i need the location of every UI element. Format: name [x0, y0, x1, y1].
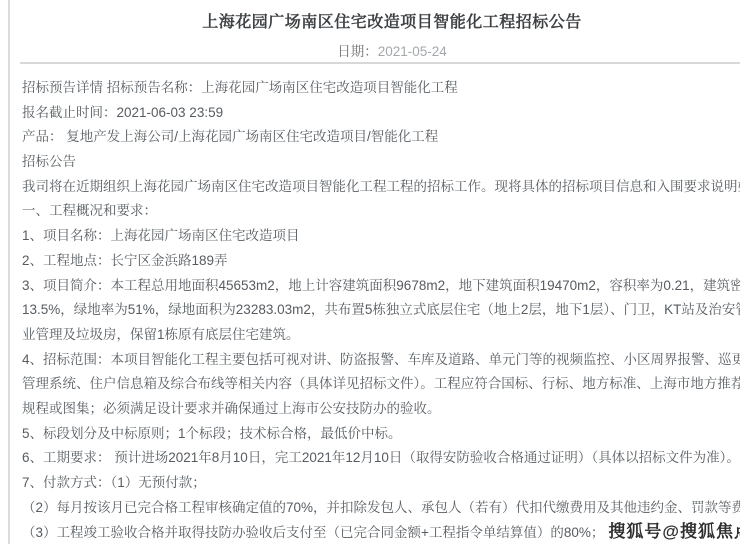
- text-line-intro: 我司将在近期组织上海花园广场南区住宅改造项目智能化工程工程的招标工作。现将具体的…: [22, 175, 740, 200]
- sohu-watermark: 搜狐号@搜狐焦点鄂州站: [608, 522, 740, 541]
- text-line-item-7-2: （2）每月按该月已完合格工程审核确定值的70%，并扣除发包人、承包人（若有）代扣…: [22, 496, 740, 521]
- text-line-item-3c: 业管理及垃圾房，保留1栋原有底层住宅建筑。: [22, 323, 740, 348]
- publish-date-row: 日期：2021-05-24: [22, 40, 740, 60]
- text-line-item-5: 5、标段划分及中标原则；1个标段；技术标合格，最低价中标。: [22, 422, 740, 447]
- page-title: 上海花园广场南区住宅改造项目智能化工程招标公告: [22, 9, 740, 32]
- text-line-item-4a: 4、招标范围：本项目智能化工程主要包括可视对讲、防盗报警、车库及道路、单元门等的…: [22, 348, 740, 373]
- text-line-item-7-3: （3）工程竣工验收合格并取得技防办验收后支付至（已完合同金额+工程指令单结算值）…: [22, 520, 740, 544]
- date-label: 日期：: [337, 44, 378, 59]
- text-line-item-3a: 3、项目简介：本工程总用地面积45653m2，地上计容建筑面积9678m2，地下…: [22, 274, 740, 299]
- text-line-notice-name: 招标预告详情 招标预告名称：上海花园广场南区住宅改造项目智能化工程: [22, 76, 740, 101]
- text-line-item-6: 6、工期要求： 预计进场2021年8月10日，完工2021年12月10日（取得安…: [22, 446, 740, 471]
- payment-clause-3-text: （3）工程竣工验收合格并取得技防办验收后支付至（已完合同金额+工程指令单结算值）…: [22, 525, 604, 540]
- text-line-product: 产品： 复地产发上海公司/上海花园广场南区住宅改造项目/智能化工程: [22, 125, 740, 150]
- text-line-heading-1: 一、工程概况和要求：: [22, 199, 740, 224]
- announcement-body: 招标预告详情 招标预告名称：上海花园广场南区住宅改造项目智能化工程 报名截止时间…: [22, 76, 740, 544]
- text-line-item-1: 1、项目名称：上海花园广场南区住宅改造项目: [22, 224, 740, 249]
- page-left-border: [8, 0, 10, 544]
- text-line-item-7: 7、付款方式：（1）无预付款；: [22, 471, 740, 496]
- tender-announcement-page: { "colors": { "page-bg": "#ffffff", "tit…: [0, 0, 740, 544]
- text-line-deadline: 报名截止时间：2021-06-03 23:59: [22, 101, 740, 126]
- date-value: 2021-05-24: [378, 44, 447, 59]
- text-line-item-4c: 规程或图集；必须满足设计要求并确保通过上海市公安技防办的验收。: [22, 397, 740, 422]
- text-line-section-title: 招标公告: [22, 150, 740, 175]
- text-line-item-4b: 管理系统、住户信息箱及综合布线等相关内容（具体详见招标文件）。工程应符合国标、行…: [22, 372, 740, 397]
- text-line-item-3b: 13.5%，绿地率为51%，绿地面积为23283.03m2，共布置5栋独立式底层…: [22, 298, 740, 323]
- text-line-item-2: 2、工程地点：长宁区金浜路189弄: [22, 249, 740, 274]
- header-divider: [20, 62, 740, 64]
